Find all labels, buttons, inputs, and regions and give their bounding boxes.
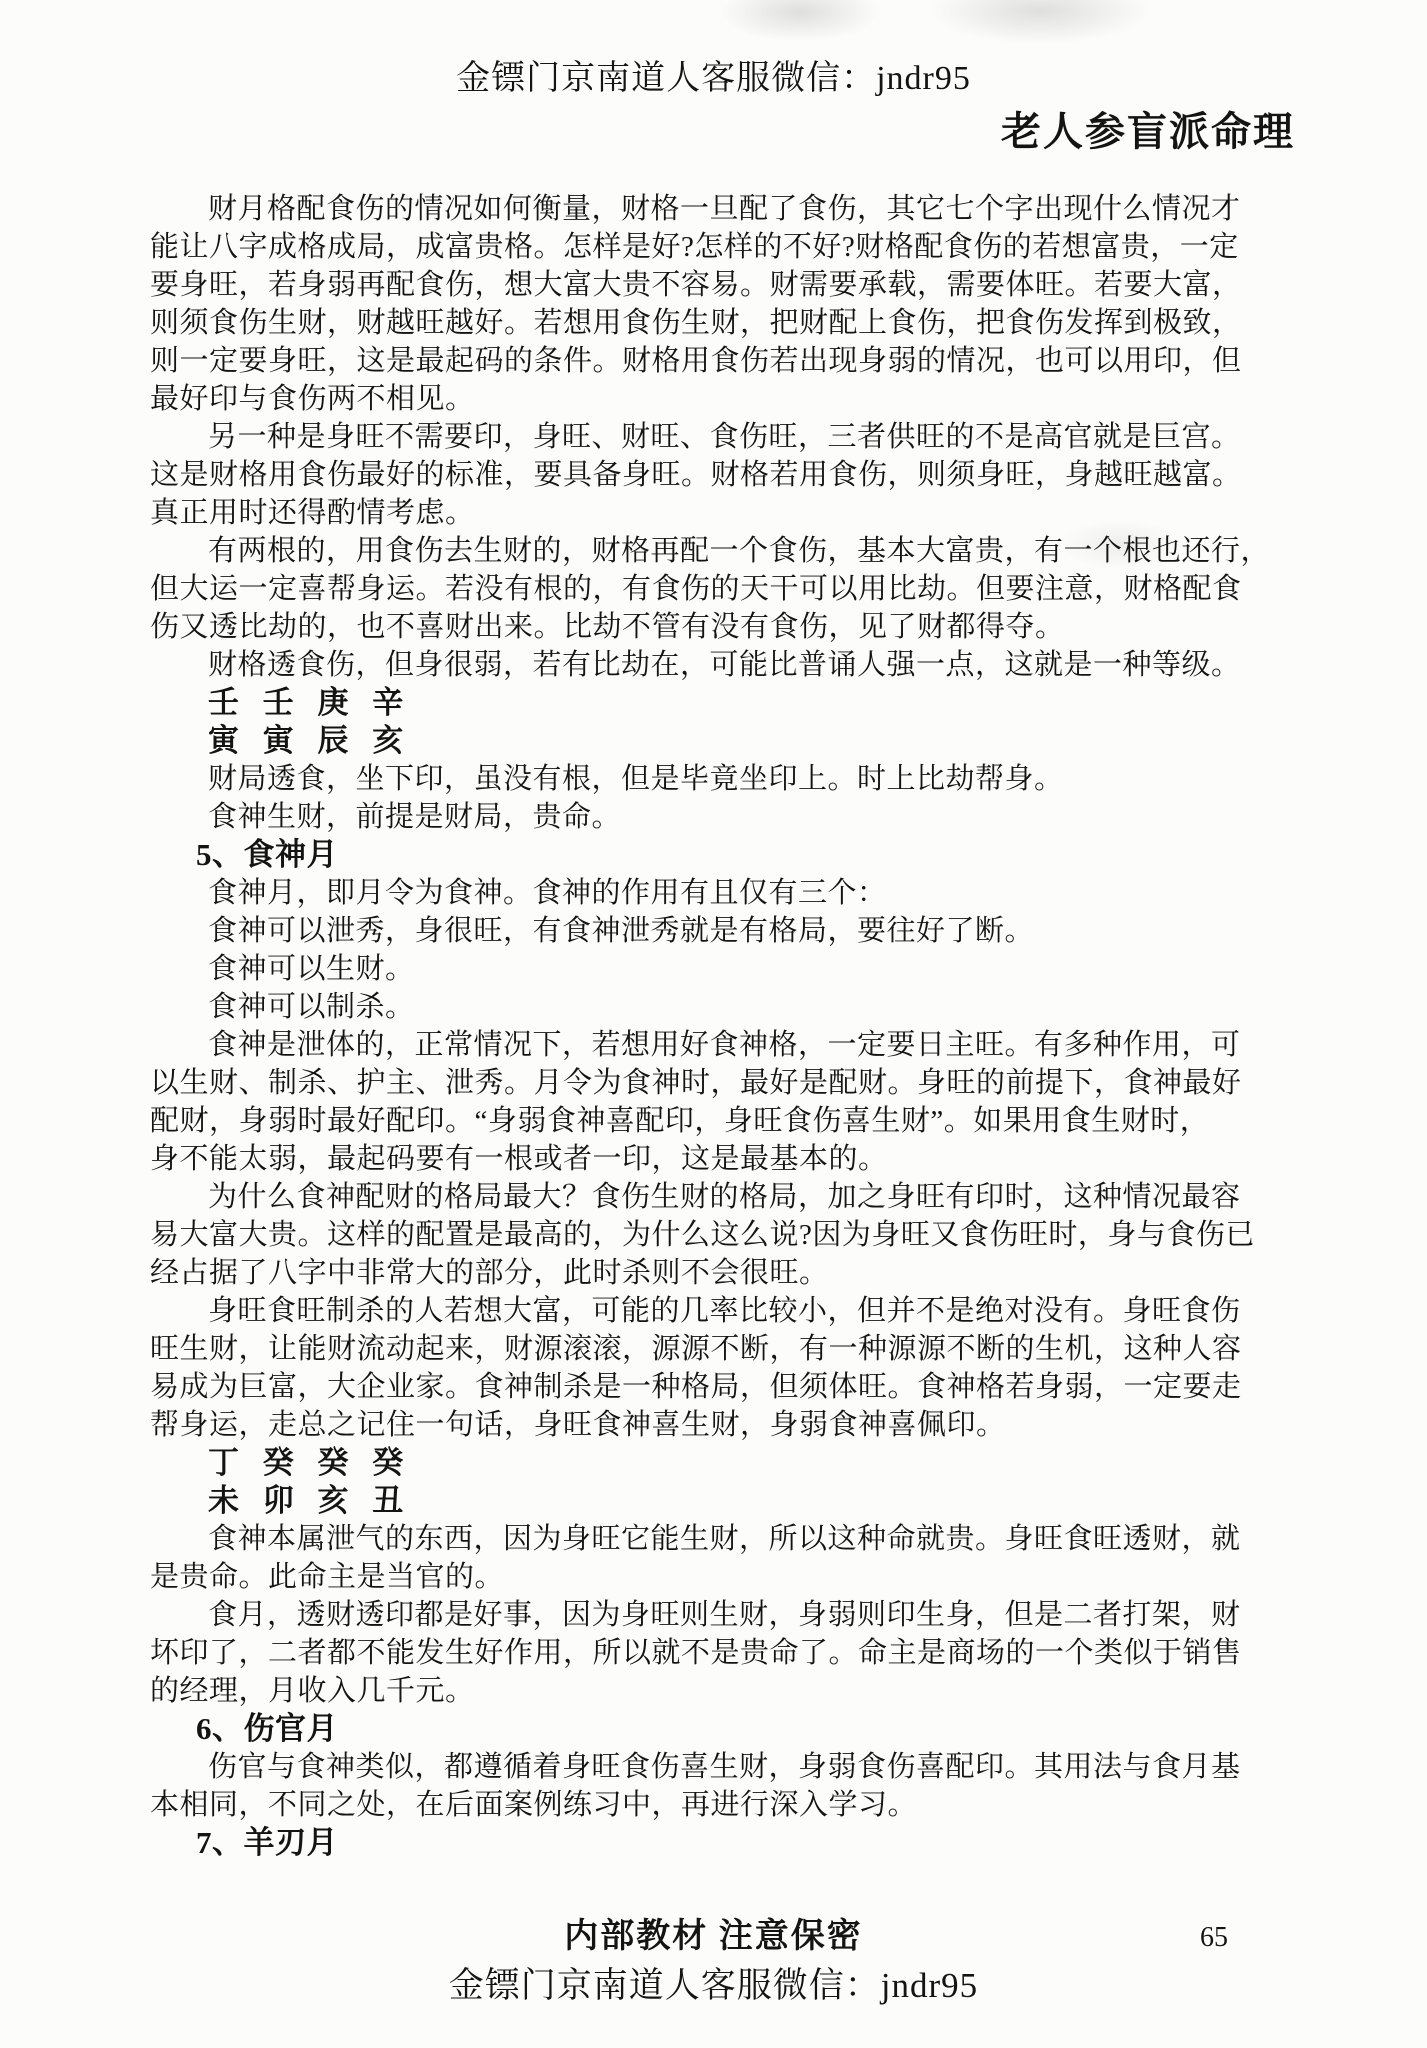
- text-line: 能让八字成格成局，成富贵格。怎样是好?怎样的不好?财格配食伤的若想富贵，一定: [150, 228, 1310, 266]
- text-line: 真正用时还得酌情考虑。: [150, 494, 1310, 532]
- text-line: 帮身运，走总之记住一句话，身旺食神喜生财，身弱食神喜佩印。: [150, 1406, 1310, 1444]
- text-line: 易大富大贵。这样的配置是最高的，为什么这么说?因为身旺又食伤旺时，身与食伤已: [150, 1216, 1310, 1254]
- text-line: 食神可以生财。: [150, 950, 1310, 988]
- text-line: 食神月，即月令为食神。食神的作用有且仅有三个：: [150, 874, 1310, 912]
- text-line: 伤官与食神类似，都遵循着身旺食伤喜生财，身弱食伤喜配印。其用法与食月基: [150, 1748, 1310, 1786]
- text-line: 但大运一定喜帮身运。若没有根的，有食伤的天干可以用比劫。但要注意，财格配食: [150, 570, 1310, 608]
- footer-contact: 金镖门京南道人客服微信：jndr95: [0, 1958, 1427, 2008]
- text-line: 本相同，不同之处，在后面案例练习中，再进行深入学习。: [150, 1786, 1310, 1824]
- text-line: 以生财、制杀、护主、泄秀。月令为食神时，最好是配财。身旺的前提下，食神最好: [150, 1064, 1310, 1102]
- text-line: 易成为巨富，大企业家。食神制杀是一种格局，但须体旺。食神格若身弱，一定要走: [150, 1368, 1310, 1406]
- bazi-pillar-row: 未 卯 亥 丑: [150, 1482, 1310, 1520]
- text-line: 财格透食伤，但身很弱，若有比劫在，可能比普诵人强一点，这就是一种等级。: [150, 646, 1310, 684]
- section-heading: 7、羊刃月: [150, 1824, 1310, 1862]
- text-line: 则一定要身旺，这是最起码的条件。财格用食伤若出现身弱的情况，也可以用印，但: [150, 342, 1310, 380]
- text-line: 财月格配食伤的情况如何衡量，财格一旦配了食伤，其它七个字出现什么情况才: [150, 190, 1310, 228]
- text-line: 经占据了八字中非常大的部分，此时杀则不会很旺。: [150, 1254, 1310, 1292]
- page-title: 老人参盲派命理: [1001, 100, 1295, 157]
- section-heading: 5、食神月: [150, 836, 1310, 874]
- text-line: 有两根的，用食伤去生财的，财格再配一个食伤，基本大富贵，有一个根也还行，: [150, 532, 1310, 570]
- document-page: 金镖门京南道人客服微信：jndr95 老人参盲派命理 财月格配食伤的情况如何衡量…: [0, 0, 1427, 2048]
- text-line: 配财，身弱时最好配印。“身弱食神喜配印，身旺食伤喜生财”。如果用食生财时，: [150, 1102, 1310, 1140]
- header-contact: 金镖门京南道人客服微信：jndr95: [0, 50, 1427, 99]
- text-line: 身旺食旺制杀的人若想大富，可能的几率比较小，但并不是绝对没有。身旺食伤: [150, 1292, 1310, 1330]
- text-line: 另一种是身旺不需要印，身旺、财旺、食伤旺，三者供旺的不是高官就是巨宫。: [150, 418, 1310, 456]
- text-line: 则须食伤生财，财越旺越好。若想用食伤生财，把财配上食伤，把食伤发挥到极致，: [150, 304, 1310, 342]
- text-line: 食神可以制杀。: [150, 988, 1310, 1026]
- text-line: 食神本属泄气的东西，因为身旺它能生财，所以这种命就贵。身旺食旺透财，就: [150, 1520, 1310, 1558]
- text-line: 食神是泄体的，正常情况下，若想用好食神格，一定要日主旺。有多种作用，可: [150, 1026, 1310, 1064]
- bazi-pillar-row: 丁 癸 癸 癸: [150, 1444, 1310, 1482]
- text-line: 坏印了，二者都不能发生好作用，所以就不是贵命了。命主是商场的一个类似于销售: [150, 1634, 1310, 1672]
- text-line: 的经理，月收入几千元。: [150, 1672, 1310, 1710]
- text-line: 食神生财，前提是财局，贵命。: [150, 798, 1310, 836]
- text-line: 食月，透财透印都是好事，因为身旺则生财，身弱则印生身，但是二者打架，财: [150, 1596, 1310, 1634]
- bazi-pillar-row: 壬 壬 庚 辛: [150, 684, 1310, 722]
- scan-artifact: [720, 0, 880, 42]
- body-text: 财月格配食伤的情况如何衡量，财格一旦配了食伤，其它七个字出现什么情况才能让八字成…: [150, 190, 1310, 1862]
- footer-notice: 内部教材 注意保密: [0, 1908, 1427, 1957]
- text-line: 最好印与食伤两不相见。: [150, 380, 1310, 418]
- text-line: 身不能太弱，最起码要有一根或者一印，这是最基本的。: [150, 1140, 1310, 1178]
- text-line: 要身旺，若身弱再配食伤，想大富大贵不容易。财需要承载，需要体旺。若要大富，: [150, 266, 1310, 304]
- text-line: 财局透食，坐下印，虽没有根，但是毕竟坐印上。时上比劫帮身。: [150, 760, 1310, 798]
- text-line: 这是财格用食伤最好的标准，要具备身旺。财格若用食伤，则须身旺，身越旺越富。: [150, 456, 1310, 494]
- text-line: 旺生财，让能财流动起来，财源滚滚，源源不断，有一种源源不断的生机，这种人容: [150, 1330, 1310, 1368]
- scan-artifact: [930, 0, 1150, 44]
- bazi-pillar-row: 寅 寅 辰 亥: [150, 722, 1310, 760]
- text-line: 为什么食神配财的格局最大？食伤生财的格局，加之身旺有印时，这种情况最容: [150, 1178, 1310, 1216]
- section-heading: 6、伤官月: [150, 1710, 1310, 1748]
- text-line: 伤又透比劫的，也不喜财出来。比劫不管有没有食伤，见了财都得夺。: [150, 608, 1310, 646]
- text-line: 食神可以泄秀，身很旺，有食神泄秀就是有格局，要往好了断。: [150, 912, 1310, 950]
- text-line: 是贵命。此命主是当官的。: [150, 1558, 1310, 1596]
